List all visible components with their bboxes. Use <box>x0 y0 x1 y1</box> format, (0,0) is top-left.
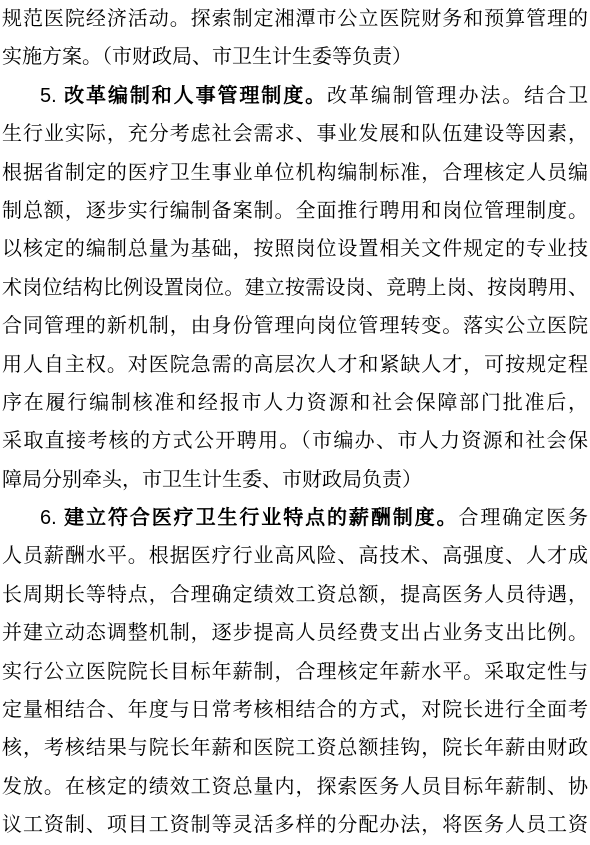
text-line: 规范医院经济活动。探索制定湘潭市公立医院财务和预算管理的 <box>0 0 590 38</box>
text-segment: 合理确定医务 <box>458 507 588 529</box>
text-line: 议工资制、项目工资制等灵活多样的分配办法，将医务人员工资 <box>0 806 590 844</box>
text-line: 采取直接考核的方式公开聘用。（市编办、市人力资源和社会保 <box>0 422 590 460</box>
text-line: 6. 建立符合医疗卫生行业特点的薪酬制度。合理确定医务 <box>0 499 590 537</box>
text-segment: 6. <box>40 507 64 529</box>
text-segment: 以核定的编制总量为基础，按照岗位设置相关文件规定的专业技 <box>2 238 588 260</box>
text-line: 制总额，逐步实行编制备案制。全面推行聘用和岗位管理制度。 <box>0 192 590 230</box>
text-segment: 议工资制、项目工资制等灵活多样的分配办法，将医务人员工资 <box>2 814 588 836</box>
text-line: 生行业实际，充分考虑社会需求、事业发展和队伍建设等因素， <box>0 115 590 153</box>
text-segment: 并建立动态调整机制，逐步提高人员经费支出占业务支出比例。 <box>2 622 588 644</box>
text-line: 以核定的编制总量为基础，按照岗位设置相关文件规定的专业技 <box>0 230 590 268</box>
text-segment: 合同管理的新机制，由身份管理向岗位管理转变。落实公立医院 <box>2 315 588 337</box>
document-page: 规范医院经济活动。探索制定湘潭市公立医院财务和预算管理的实施方案。（市财政局、市… <box>0 0 590 845</box>
text-line: 核，考核结果与院长年薪和医院工资总额挂钩，院长年薪由财政 <box>0 729 590 767</box>
text-line: 定量相结合、年度与日常考核相结合的方式，对院长进行全面考 <box>0 691 590 729</box>
text-segment: 障局分别牵头，市卫生计生委、市财政局负责） <box>2 469 422 491</box>
text-line: 长周期长等特点，合理确定绩效工资总额，提高医务人员待遇， <box>0 576 590 614</box>
text-line: 5. 改革编制和人事管理制度。改革编制管理办法。结合卫 <box>0 77 590 115</box>
text-segment: 人员薪酬水平。根据医疗行业高风险、高技术、高强度、人才成 <box>2 545 588 567</box>
text-segment: 用人自主权。对医院急需的高层次人才和紧缺人才，可按规定程 <box>2 354 588 376</box>
text-line: 根据省制定的医疗卫生事业单位机构编制标准，合理核定人员编 <box>0 154 590 192</box>
section-heading-segment: 建立符合医疗卫生行业特点的薪酬制度。 <box>64 507 458 529</box>
text-line: 合同管理的新机制，由身份管理向岗位管理转变。落实公立医院 <box>0 307 590 345</box>
text-segment: 生行业实际，充分考虑社会需求、事业发展和队伍建设等因素， <box>2 123 588 145</box>
text-line: 实行公立医院院长目标年薪制，合理核定年薪水平。采取定性与 <box>0 653 590 691</box>
text-segment: 实施方案。（市财政局、市卫生计生委等负责） <box>2 46 412 68</box>
document-text: 规范医院经济活动。探索制定湘潭市公立医院财务和预算管理的实施方案。（市财政局、市… <box>0 0 590 845</box>
text-segment: 定量相结合、年度与日常考核相结合的方式，对院长进行全面考 <box>2 699 588 721</box>
text-segment: 核，考核结果与院长年薪和医院工资总额挂钩，院长年薪由财政 <box>2 737 588 759</box>
text-line: 障局分别牵头，市卫生计生委、市财政局负责） <box>0 461 590 499</box>
text-segment: 发放。在核定的绩效工资总量内，探索医务人员目标年薪制、协 <box>2 776 588 798</box>
text-segment: 术岗位结构比例设置岗位。建立按需设岗、竞聘上岗、按岗聘用、 <box>2 277 588 299</box>
text-segment: 制总额，逐步实行编制备案制。全面推行聘用和岗位管理制度。 <box>2 200 588 222</box>
text-line: 用人自主权。对医院急需的高层次人才和紧缺人才，可按规定程 <box>0 346 590 384</box>
section-heading-segment: 改革编制和人事管理制度。 <box>64 85 327 107</box>
text-segment: 5. <box>40 85 64 107</box>
text-line: 实施方案。（市财政局、市卫生计生委等负责） <box>0 38 590 76</box>
text-line: 序在履行编制核准和经报市人力资源和社会保障部门批准后， <box>0 384 590 422</box>
text-line: 人员薪酬水平。根据医疗行业高风险、高技术、高强度、人才成 <box>0 537 590 575</box>
text-segment: 改革编制管理办法。结合卫 <box>327 85 588 107</box>
text-segment: 规范医院经济活动。探索制定湘潭市公立医院财务和预算管理的 <box>2 8 588 30</box>
text-segment: 长周期长等特点，合理确定绩效工资总额，提高医务人员待遇， <box>2 584 588 606</box>
text-line: 发放。在核定的绩效工资总量内，探索医务人员目标年薪制、协 <box>0 768 590 806</box>
text-segment: 采取直接考核的方式公开聘用。（市编办、市人力资源和社会保 <box>2 430 588 452</box>
text-segment: 根据省制定的医疗卫生事业单位机构编制标准，合理核定人员编 <box>2 162 588 184</box>
text-segment: 序在履行编制核准和经报市人力资源和社会保障部门批准后， <box>2 392 588 414</box>
text-line: 并建立动态调整机制，逐步提高人员经费支出占业务支出比例。 <box>0 614 590 652</box>
text-line: 术岗位结构比例设置岗位。建立按需设岗、竞聘上岗、按岗聘用、 <box>0 269 590 307</box>
text-segment: 实行公立医院院长目标年薪制，合理核定年薪水平。采取定性与 <box>2 661 588 683</box>
